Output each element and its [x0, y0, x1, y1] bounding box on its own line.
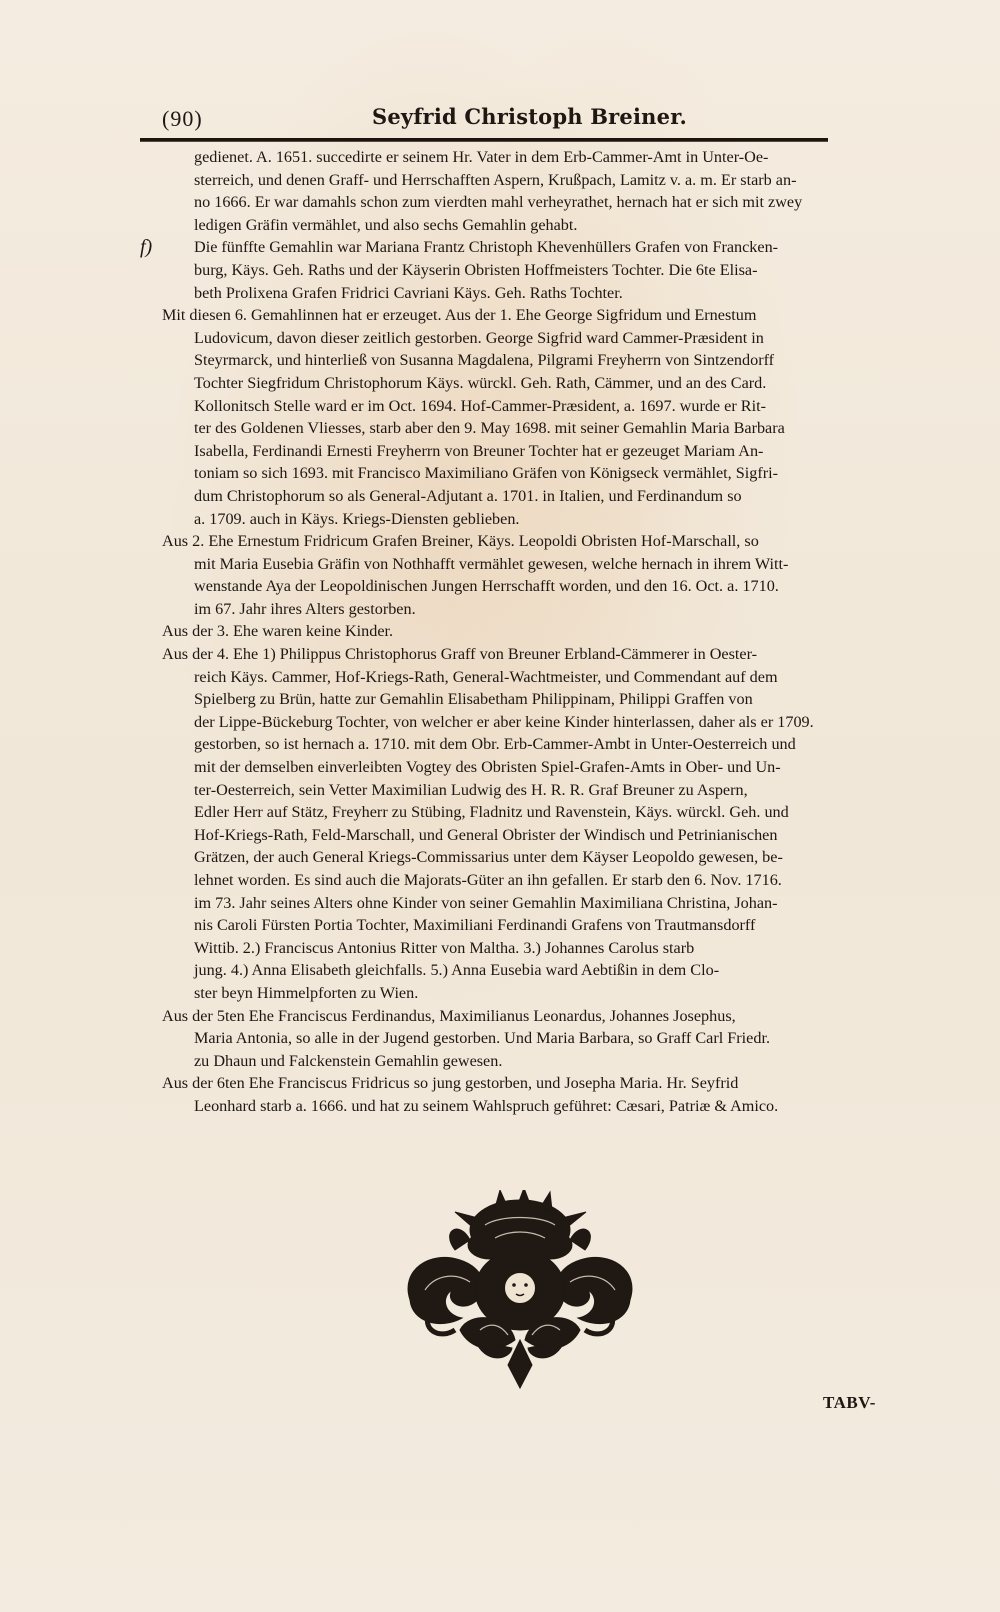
main-text-block: gedienet. A. 1651. succedirte er seinem … [140, 146, 880, 1118]
paragraph-continuation: gedienet. A. 1651. succedirte er seinem … [140, 146, 880, 236]
text-line: nis Caroli Fürsten Portia Tochter, Maxim… [140, 914, 880, 937]
text-line: Edler Herr auf Stätz, Freyherr zu Stübin… [140, 801, 880, 824]
text-line: lehnet worden. Es sind auch die Majorats… [140, 869, 880, 892]
text-line: dum Christophorum so als General-Adjutan… [140, 485, 880, 508]
text-line: mit der demselben einverleibten Vogtey d… [140, 756, 880, 779]
book-page: (90) Seyfrid Christoph Breiner. gedienet… [0, 0, 1000, 1612]
paragraph-third-marriage: Aus der 3. Ehe waren keine Kinder. [140, 620, 880, 643]
text-line: jung. 4.) Anna Elisabeth gleichfalls. 5.… [140, 959, 880, 982]
text-line: Kollonitsch Stelle ward er im Oct. 1694.… [140, 395, 880, 418]
text-line: Leonhard starb a. 1666. und hat zu seine… [140, 1095, 880, 1118]
text-line: zu Dhaun und Falckenstein Gemahlin gewes… [140, 1050, 880, 1073]
text-line: ter des Goldenen Vliesses, starb aber de… [140, 417, 880, 440]
text-line: Aus der 4. Ehe 1) Philippus Christophoru… [140, 643, 880, 666]
footnote-marker: f) [140, 236, 152, 259]
text-line: Isabella, Ferdinandi Ernesti Freyherrn v… [140, 440, 880, 463]
text-line: Steyrmarck, und hinterließ von Susanna M… [140, 349, 880, 372]
text-line: gedienet. A. 1651. succedirte er seinem … [140, 146, 880, 169]
text-line: burg, Käys. Geh. Raths und der Käyserin … [140, 259, 880, 282]
paragraph-children-first-marriage: Mit diesen 6. Gemahlinnen hat er erzeuge… [140, 304, 880, 530]
text-line: ledigen Gräfin vermählet, und also sechs… [140, 214, 880, 237]
paragraph-fifth-marriage: Aus der 5ten Ehe Franciscus Ferdinandus,… [140, 1005, 880, 1073]
text-line: ster beyn Himmelpforten zu Wien. [140, 982, 880, 1005]
text-line: Hof-Kriegs-Rath, Feld-Marschall, und Gen… [140, 824, 880, 847]
text-line: beth Prolixena Grafen Fridrici Cavriani … [140, 282, 880, 305]
text-line: der Lippe-Bückeburg Tochter, von welcher… [140, 711, 880, 734]
text-line: Aus 2. Ehe Ernestum Fridricum Grafen Bre… [140, 530, 880, 553]
text-line: Aus der 6ten Ehe Franciscus Fridricus so… [140, 1072, 880, 1095]
text-line: Ludovicum, davon dieser zeitlich gestorb… [140, 327, 880, 350]
text-line: Spielberg zu Brün, hatte zur Gemahlin El… [140, 688, 880, 711]
footnote-f: f) Die fünffte Gemahlin war Mariana Fran… [140, 236, 880, 304]
text-line: Die fünffte Gemahlin war Mariana Frantz … [140, 236, 880, 259]
text-line: mit Maria Eusebia Gräfin von Nothhafft v… [140, 553, 880, 576]
text-line: Grätzen, der auch General Kriegs-Commiss… [140, 846, 880, 869]
text-line: gestorben, so ist hernach a. 1710. mit d… [140, 733, 880, 756]
text-line: Maria Antonia, so alle in der Jugend ges… [140, 1027, 880, 1050]
text-line: toniam so sich 1693. mit Francisco Maxim… [140, 462, 880, 485]
text-line: Aus der 5ten Ehe Franciscus Ferdinandus,… [140, 1005, 880, 1028]
text-line: Wittib. 2.) Franciscus Antonius Ritter v… [140, 937, 880, 960]
text-line: no 1666. Er war damahls schon zum vierdt… [140, 191, 880, 214]
text-line: wenstande Aya der Leopoldinischen Jungen… [140, 575, 880, 598]
paragraph-fourth-marriage: Aus der 4. Ehe 1) Philippus Christophoru… [140, 643, 880, 1005]
page-header: (90) Seyfrid Christoph Breiner. [140, 100, 830, 136]
paragraph-sixth-marriage: Aus der 6ten Ehe Franciscus Fridricus so… [140, 1072, 880, 1117]
page-number: (90) [162, 106, 203, 132]
floral-tailpiece-ornament-icon [400, 1190, 640, 1390]
text-line: im 73. Jahr seines Alters ohne Kinder vo… [140, 892, 880, 915]
text-line: sterreich, und denen Graff- und Herrscha… [140, 169, 880, 192]
text-line: im 67. Jahr ihres Alters gestorben. [140, 598, 880, 621]
header-rule-divider [140, 138, 828, 142]
text-line: Aus der 3. Ehe waren keine Kinder. [140, 620, 880, 643]
catchword: TABV- [823, 1393, 876, 1413]
running-head-title: Seyfrid Christoph Breiner. [372, 104, 687, 129]
text-line: a. 1709. auch in Käys. Kriegs-Diensten g… [140, 508, 880, 531]
text-line: ter-Oesterreich, sein Vetter Maximilian … [140, 779, 880, 802]
paragraph-second-marriage: Aus 2. Ehe Ernestum Fridricum Grafen Bre… [140, 530, 880, 620]
text-line: Mit diesen 6. Gemahlinnen hat er erzeuge… [140, 304, 880, 327]
text-line: reich Käys. Cammer, Hof-Kriegs-Rath, Gen… [140, 666, 880, 689]
text-line: Tochter Siegfridum Christophorum Käys. w… [140, 372, 880, 395]
